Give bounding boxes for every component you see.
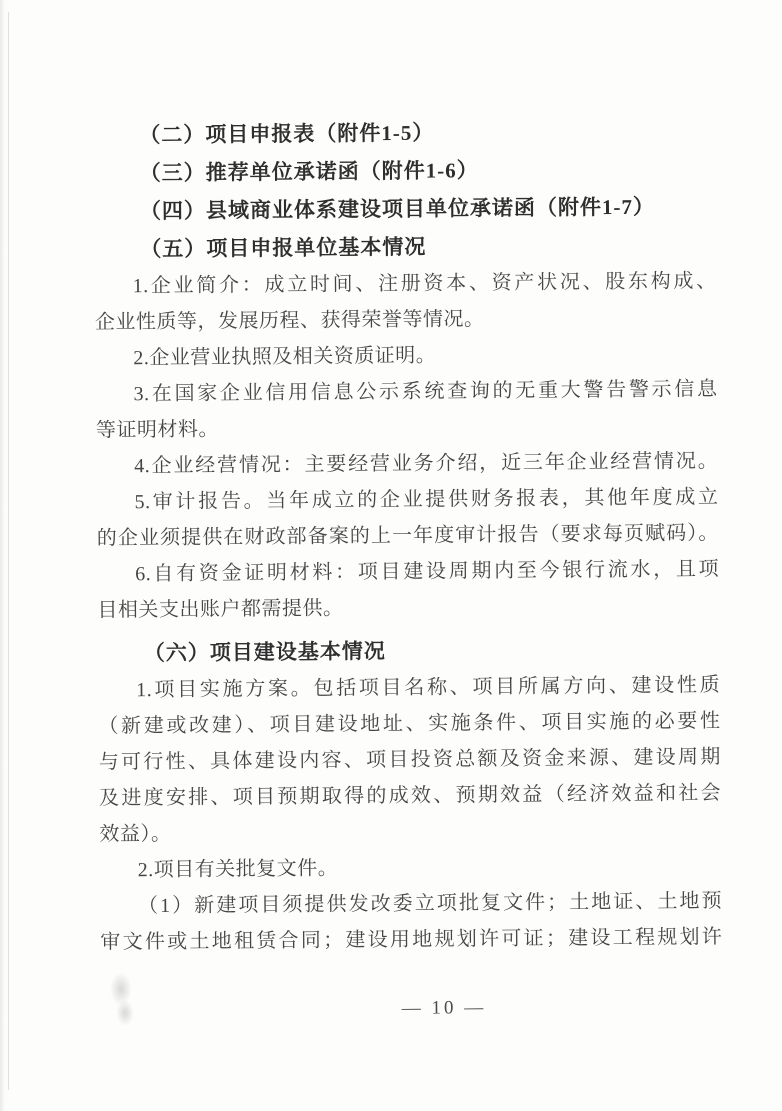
text-line: 的企业须提供在财政部备案的上一年度审计报告（要求每页赋码）。 — [97, 515, 719, 556]
text-line: 1.项目实施方案。包括项目名称、项目所属方向、建设性质 — [98, 667, 720, 708]
text-line: 5.审计报告。当年成立的企业提供财务报表，其他年度成立 — [96, 479, 718, 520]
section-heading: （四）县域商业体系建设项目单位承诺函（附件1-7） — [94, 187, 716, 230]
text-line: 及进度安排、项目预期取得的成效、预期效益（经济效益和社会 — [99, 775, 721, 816]
text-block: （二）项目申报表（附件1-5）（三）推荐单位承诺函（附件1-6）（四）县域商业体… — [93, 111, 722, 960]
text-line: 4.企业经营情况：主要经营业务介绍，近三年企业经营情况。 — [96, 443, 718, 484]
section-heading: （六）项目建设基本情况 — [98, 629, 720, 672]
text-line: 3.在国家企业信用信息公示系统查询的无重大警告警示信息 — [95, 371, 717, 412]
text-line: 等证明材料。 — [96, 407, 718, 448]
section-heading: （二）项目申报表（附件1-5） — [93, 111, 715, 154]
text-line: 2.项目有关批复文件。 — [100, 847, 722, 888]
page-number: — 10 — — [154, 995, 734, 1022]
text-line: 效益）。 — [99, 811, 721, 852]
text-line: （新建或改建）、项目建设地址、实施条件、项目实施的必要性 — [98, 703, 720, 744]
text-line: 1.企业简介：成立时间、注册资本、资产状况、股东构成、 — [94, 263, 716, 304]
section-heading: （三）推荐单位承诺函（附件1-6） — [93, 149, 715, 192]
text-line: 2.企业营业执照及相关资质证明。 — [95, 335, 717, 376]
text-line: （1）新建项目须提供发改委立项批复文件；土地证、土地预 — [100, 883, 722, 924]
text-line: 审文件或土地租赁合同；建设用地规划许可证；建设工程规划许 — [100, 919, 722, 960]
text-line: 企业性质等，发展历程、获得荣誉等情况。 — [95, 299, 717, 340]
page-content: （二）项目申报表（附件1-5）（三）推荐单位承诺函（附件1-6）（四）县域商业体… — [0, 0, 782, 1111]
document-page: （二）项目申报表（附件1-5）（三）推荐单位承诺函（附件1-6）（四）县域商业体… — [0, 0, 782, 1111]
text-line: 目相关支出账户都需提供。 — [97, 587, 719, 628]
text-line: 6.自有资金证明材料：项目建设周期内至今银行流水，且项 — [97, 551, 719, 592]
text-line: 与可行性、具体建设内容、项目投资总额及资金来源、建设周期 — [99, 739, 721, 780]
section-heading: （五）项目申报单位基本情况 — [94, 225, 716, 268]
